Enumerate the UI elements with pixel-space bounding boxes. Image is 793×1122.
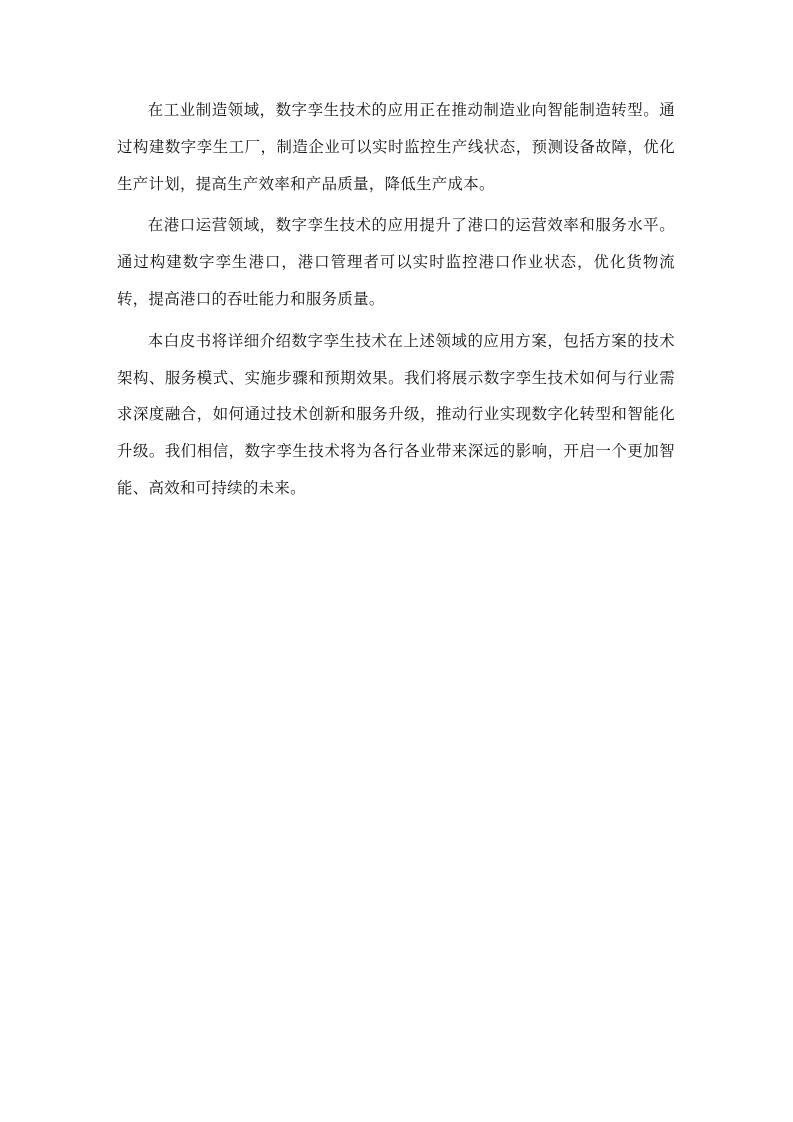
document-page: 在工业制造领域，数字孪生技术的应用正在推动制造业向智能制造转型。通过构建数字孪生… [117,92,675,512]
paragraph-whitepaper-summary: 本白皮书将详细介绍数字孪生技术在上述领域的应用方案，包括方案的技术架构、服务模式… [117,323,675,507]
paragraph-industrial-manufacturing: 在工业制造领域，数字孪生技术的应用正在推动制造业向智能制造转型。通过构建数字孪生… [117,92,675,202]
paragraph-port-operations: 在港口运营领域，数字孪生技术的应用提升了港口的运营效率和服务水平。通过构建数字孪… [117,207,675,317]
